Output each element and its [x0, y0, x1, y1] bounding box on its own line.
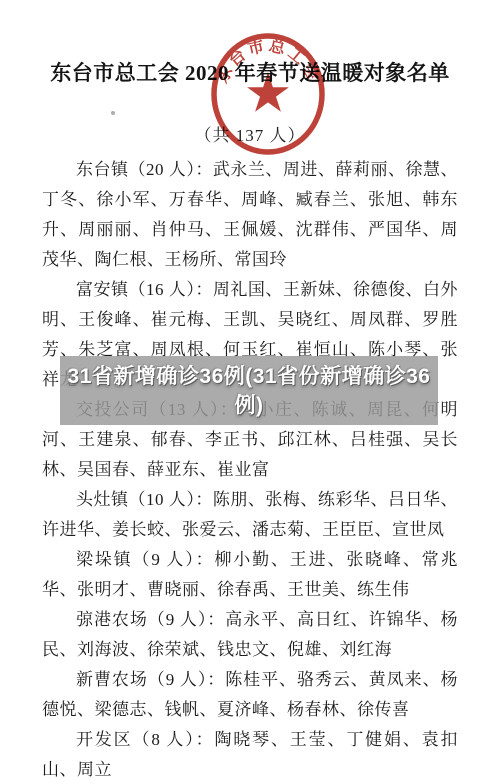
section-header: 富安镇（16 人）：	[76, 280, 213, 299]
section-paragraph: 弶港农场（9 人）：高永平、高日红、许锦华、杨民、刘海波、徐荣斌、钱忠文、倪雄、…	[42, 605, 458, 665]
headline-text: 31省新增确诊36例(31省份新增确诊36例)	[62, 362, 436, 420]
section-paragraph: 东台镇（20 人）：武永兰、周进、薛莉丽、徐慧、丁冬、徐小军、万春华、周峰、臧春…	[42, 155, 458, 275]
document-title: 东台市总工会 2020 年春节送温暖对象名单	[0, 0, 500, 88]
section-paragraph: 新曹农场（9 人）：陈桂平、骆秀云、黄凤来、杨德悦、梁德志、钱帆、夏济峰、杨春林…	[42, 665, 458, 725]
section-header: 新曹农场（9 人）：	[76, 670, 225, 689]
headline-banner: 31省新增确诊36例(31省份新增确诊36例)	[60, 356, 438, 425]
section-paragraph: 梁垛镇（9 人）：柳小勤、王进、张晓峰、常兆华、张明才、曹晓丽、徐春禹、王世美、…	[42, 545, 458, 605]
section-paragraph: 头灶镇（10 人）：陈朋、张梅、练彩华、吕日华、许进华、姜长蛟、张爱云、潘志菊、…	[42, 485, 458, 545]
section-header: 开发区（8 人）：	[76, 730, 214, 749]
sections: 东台镇（20 人）：武永兰、周进、薛莉丽、徐慧、丁冬、徐小军、万春华、周峰、臧春…	[42, 155, 458, 784]
section-header: 弶港农场（9 人）：	[76, 610, 225, 629]
section-header: 头灶镇（10 人）：	[76, 490, 213, 509]
total-count: （共 137 人）	[0, 122, 500, 149]
section-header: 梁垛镇（9 人）：	[76, 550, 214, 569]
section-header: 东台镇（20 人）：	[76, 160, 213, 179]
article-image: 东台市总工会 2020 年春节送温暖对象名单 （共 137 人） 东台镇（20 …	[0, 0, 500, 784]
section-paragraph: 开发区（8 人）：陶晓琴、王莹、丁健娟、袁扣山、周立	[42, 725, 458, 784]
ink-dot	[111, 111, 115, 115]
